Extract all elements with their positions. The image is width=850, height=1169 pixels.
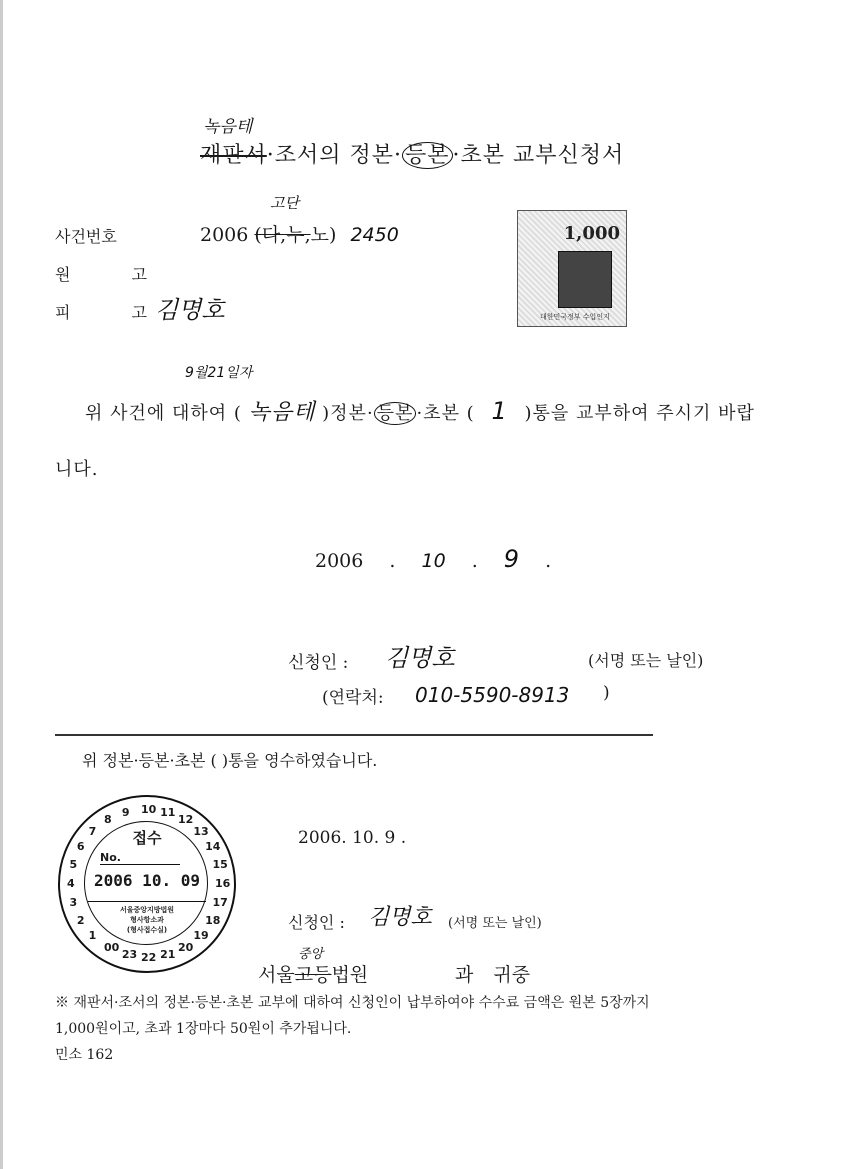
received-stamp-date: 2006 10. 09 — [60, 871, 234, 890]
hour-mark: 6 — [77, 840, 85, 853]
court-name: 서울고등법원 — [258, 960, 368, 987]
case-number-label: 사건번호 — [55, 224, 117, 247]
request-mid-1: )정본· — [322, 403, 374, 424]
title-circled-word: 등본 — [402, 142, 453, 169]
hour-mark: 4 — [67, 877, 75, 890]
form-title: 재판서·조서의 정본·등본·초본 교부신청서 — [200, 138, 624, 169]
receipt-statement: 위 정본·등본·초본 ( )통을 영수하였습니다. — [82, 748, 377, 771]
date-month: 10 — [421, 550, 445, 572]
footnote-line-2: 1,000원이고, 초과 1장마다 50원이 추가됩니다. — [55, 1018, 351, 1038]
request-sentence: 위 사건에 대하여 ( 녹음테 )정본·등본·초본 ( 1 )통을 교부하여 주… — [85, 395, 755, 426]
received-stamp-no: No. — [100, 851, 180, 865]
hour-mark: 13 — [193, 825, 208, 838]
revenue-stamp-value: 1,000 — [564, 223, 620, 244]
court-suffix: 법원 — [331, 964, 368, 986]
revenue-stamp-issuer: 대한민국정부 수입인지 — [540, 312, 610, 322]
defendant-name: 김명호 — [155, 290, 225, 325]
contact-label: (연락처: — [322, 683, 384, 708]
case-type-struck: (다,누, — [254, 224, 310, 246]
date-day: 9 — [504, 545, 519, 573]
receipt-sign-note: (서명 또는 날인) — [448, 912, 542, 931]
application-date: 2006 . 10 . 9 . — [315, 545, 551, 573]
hour-mark: 11 — [160, 806, 175, 819]
applicant-sign-note: (서명 또는 날인) — [588, 648, 703, 671]
hour-mark: 16 — [215, 877, 230, 890]
hour-mark: 15 — [212, 858, 227, 871]
applicant-label: 신청인 : — [288, 648, 348, 673]
request-mid-2: ·초본 ( — [416, 403, 474, 424]
hour-mark: 10 — [141, 803, 156, 816]
contact-close: ) — [603, 683, 610, 703]
receipt-applicant-label: 신청인 : — [288, 910, 345, 933]
hour-mark: 22 — [141, 951, 156, 964]
received-stamp-rule — [88, 901, 206, 902]
plaintiff-label: 원 고 — [55, 262, 175, 285]
hour-mark: 00 — [104, 941, 119, 954]
request-prefix: 위 사건에 대하여 ( — [85, 403, 242, 424]
footnote-line-1: ※ 재판서·조서의 정본·등본·초본 교부에 대하여 신청인이 납부하여야 수수… — [55, 992, 650, 1012]
court-prefix: 서울 — [258, 964, 295, 986]
hour-mark: 8 — [104, 813, 112, 826]
hour-mark: 19 — [193, 929, 208, 942]
hour-mark: 3 — [70, 896, 78, 909]
hour-mark: 18 — [205, 914, 220, 927]
request-suffix: )통을 교부하여 주시기 바랍 — [524, 403, 754, 424]
revenue-stamp: 1,000 대한민국정부 수입인지 — [517, 210, 627, 327]
court-dept: 과 귀중 — [455, 960, 530, 987]
case-number-value: 2006 (다,누,노) 2450 — [200, 220, 399, 247]
request-circled-word: 등본 — [374, 402, 417, 425]
case-type-annotation: 고단 — [270, 192, 299, 213]
title-text-2: ·초본 교부신청서 — [453, 143, 625, 168]
receipt-applicant-signature: 김명호 — [368, 900, 432, 931]
hour-mark: 1 — [89, 929, 97, 942]
title-annotation: 녹음테 — [203, 112, 252, 137]
court-struck: 고등 — [295, 964, 332, 986]
hour-mark: 7 — [89, 825, 97, 838]
requested-doc: 녹음테 — [249, 400, 316, 425]
hour-mark: 23 — [122, 948, 137, 961]
hour-mark: 9 — [122, 806, 130, 819]
doc-date-annotation: 9월21일자 — [185, 362, 252, 382]
case-year: 2006 — [200, 224, 248, 246]
section-divider — [55, 734, 653, 736]
title-text-1: ·조서의 정본· — [267, 143, 402, 168]
hour-mark: 14 — [205, 840, 220, 853]
hour-mark: 5 — [70, 858, 78, 871]
title-struck-word: 재판서 — [200, 143, 267, 168]
scan-edge — [0, 0, 3, 1169]
request-line-2: 니다. — [55, 455, 99, 481]
date-year: 2006 — [315, 550, 363, 572]
applicant-signature: 김명호 — [385, 638, 455, 673]
case-type: 노) — [311, 224, 337, 246]
received-stamp: 접수 No. 2006 10. 09 서울중앙지방법원 형사항소과 (형사접수실… — [58, 795, 236, 973]
contact-phone: 010-5590-8913 — [415, 683, 569, 707]
receipt-date: 2006. 10. 9 . — [298, 828, 406, 848]
revenue-stamp-image — [558, 251, 612, 308]
hour-mark: 2 — [77, 914, 85, 927]
copy-count: 1 — [481, 397, 517, 425]
hour-mark: 21 — [160, 948, 175, 961]
hour-mark: 17 — [212, 896, 227, 909]
form-code: 민소 162 — [55, 1044, 113, 1064]
hour-mark: 12 — [178, 813, 193, 826]
hour-mark: 20 — [178, 941, 193, 954]
case-serial: 2450 — [350, 224, 398, 246]
